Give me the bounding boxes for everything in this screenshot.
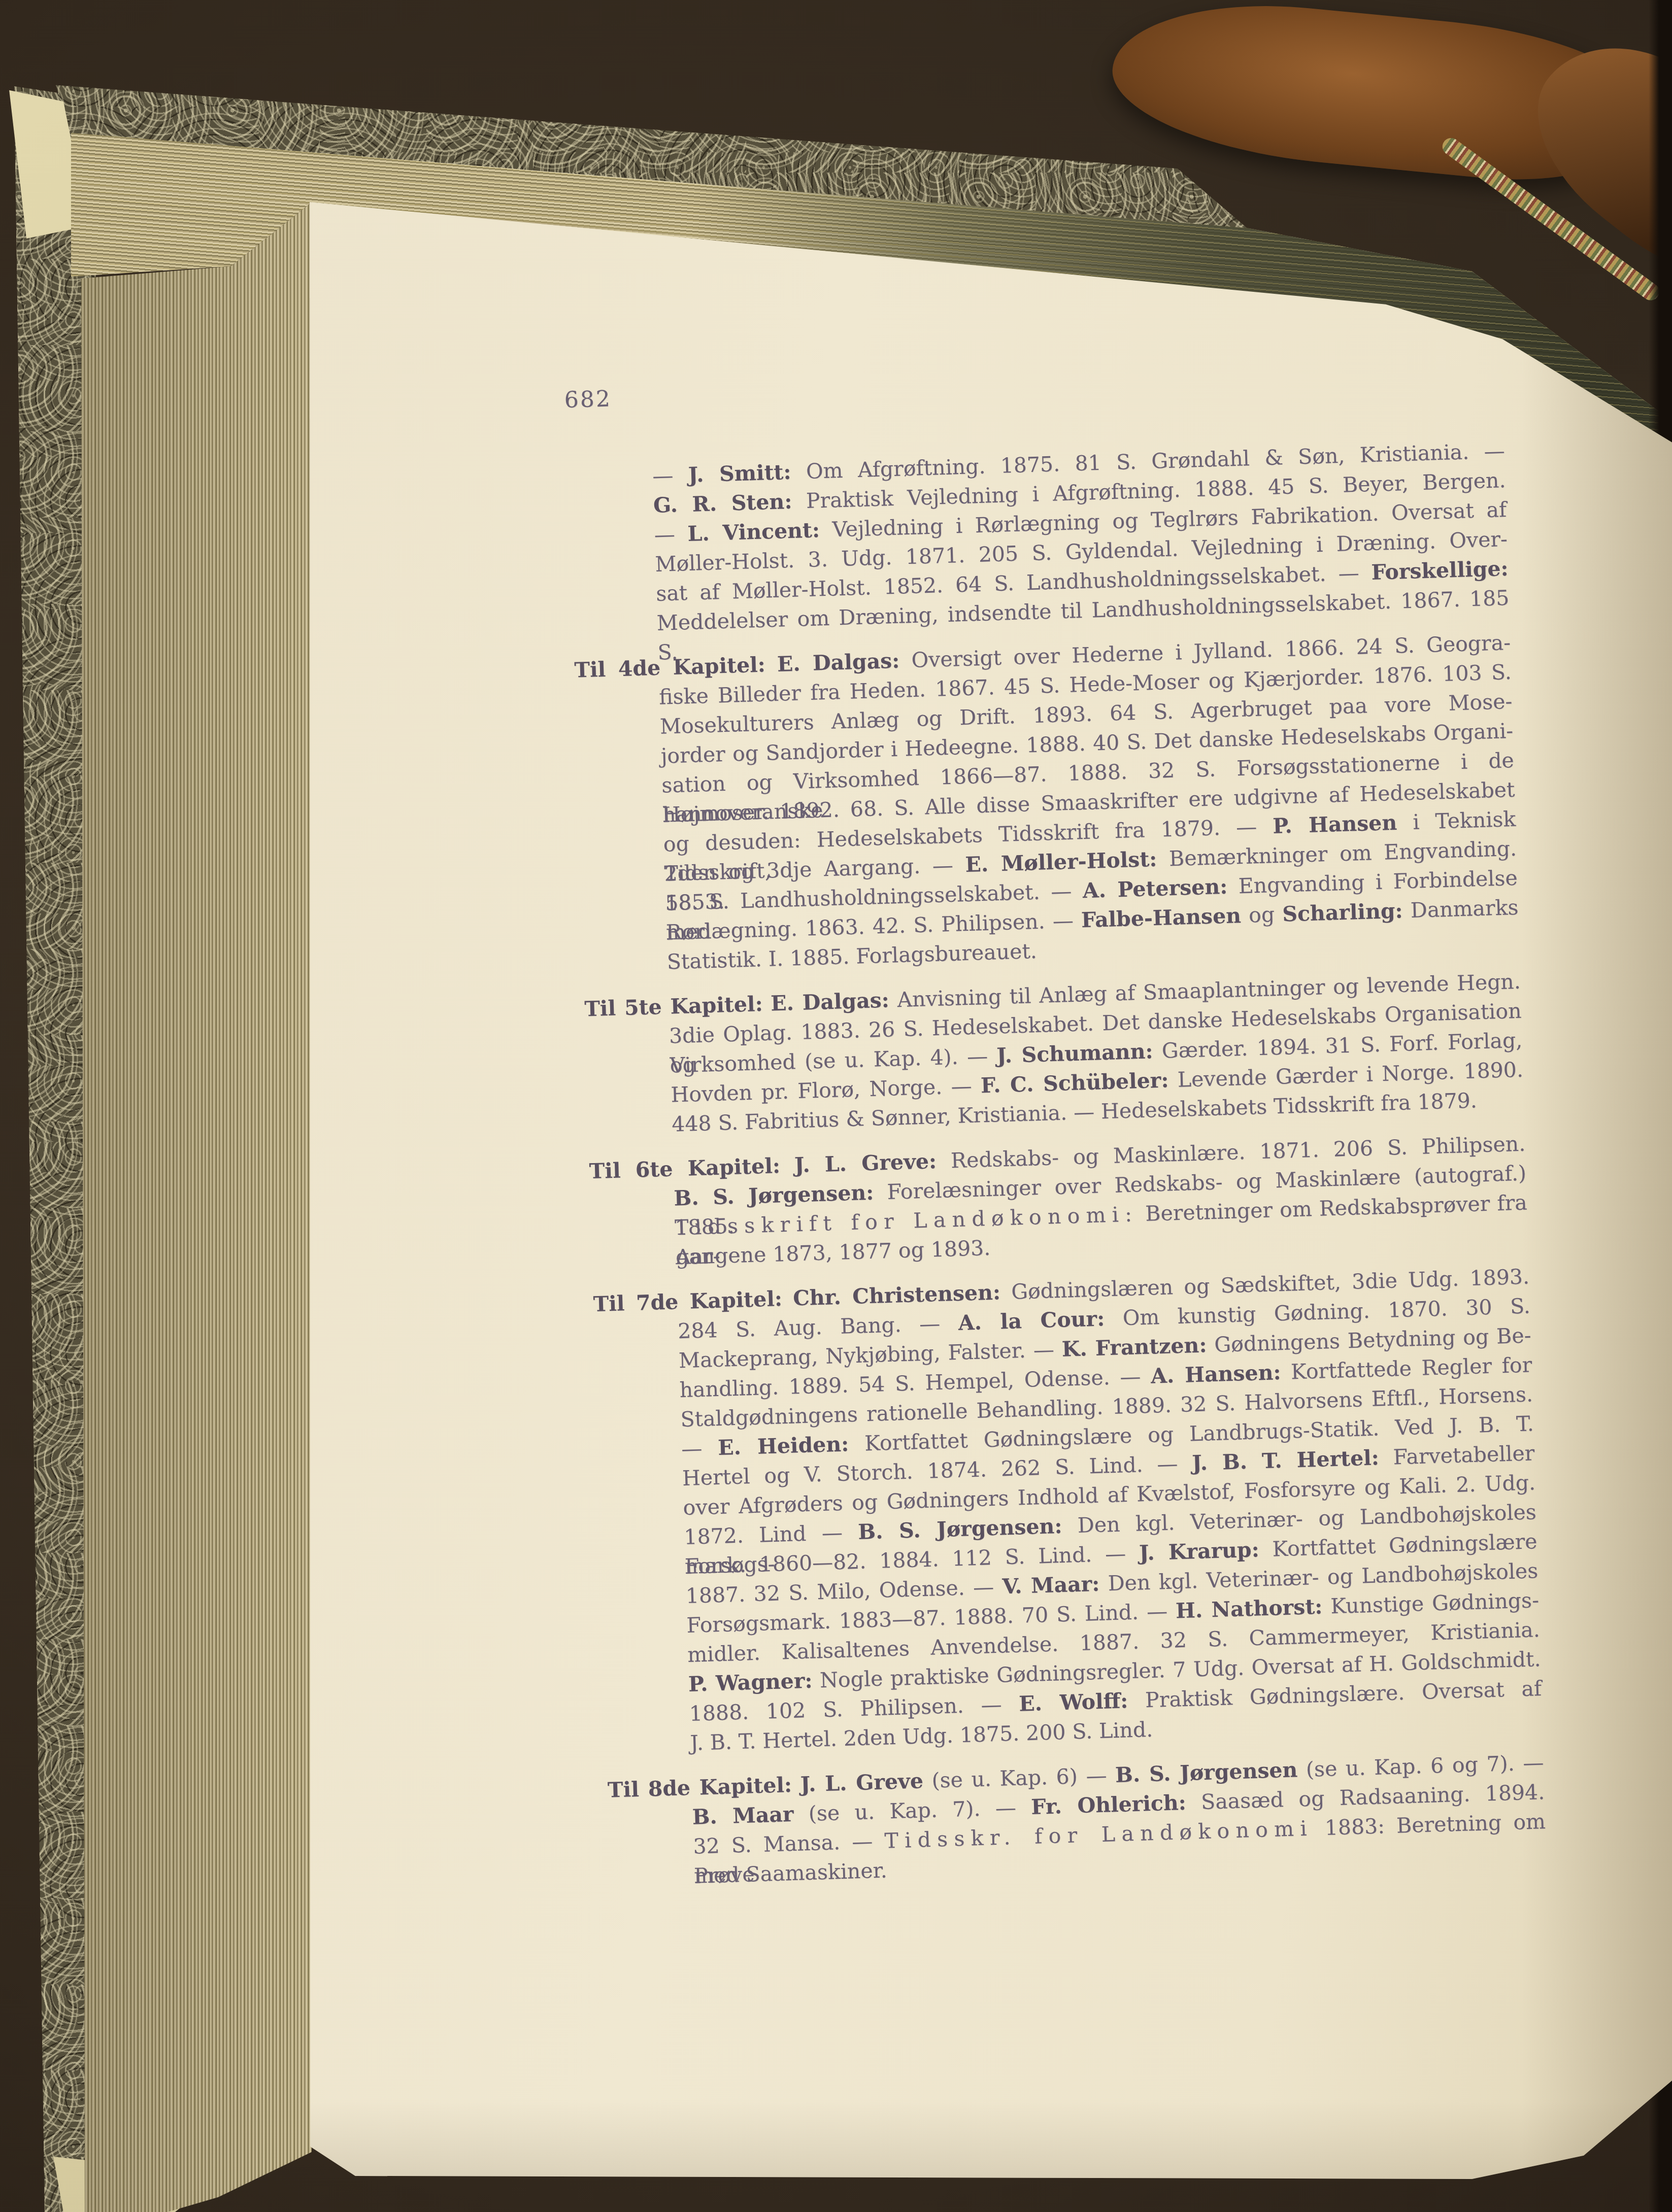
text-run: — (681, 1436, 718, 1461)
text-run: B. Maar (692, 1802, 794, 1829)
text-run: — (654, 522, 688, 547)
text-run: (se u. Kap. 6) — (923, 1763, 1116, 1793)
paragraph: — J. Smitt: Om Afgrøftning. 1875. 81 S. … (569, 436, 1510, 640)
text-run: E. Wolff: (1019, 1688, 1128, 1716)
paragraph: Til 4de Kapitel: E. Dalgas: Oversigt ove… (574, 628, 1520, 979)
text-run: E. Heiden: (718, 1432, 849, 1460)
text-run: F. C. Schübeler: (980, 1068, 1169, 1098)
text-run: E. Dalgas: (777, 649, 900, 676)
chapter-label: Til 7de Kapitel: (593, 1286, 783, 1316)
text-block: 682 — J. Smitt: Om Afgrøftning. 1875. 81… (566, 358, 1547, 1893)
text-run: J. L. Greve: (794, 1149, 937, 1177)
text-run: gangene 1873, 1877 og 1893. (675, 1236, 991, 1269)
text-run: E. Dalgas: (771, 988, 890, 1016)
text-run: J. B. T. Hertel: (1192, 1445, 1380, 1475)
text-run: K. Frantzen: (1061, 1333, 1207, 1361)
text-run: og (1241, 902, 1283, 928)
text-run: Forskellige: (1371, 556, 1509, 585)
text-run: 1872. Lind — (684, 1520, 858, 1549)
text-run: J. Smitt: (688, 460, 791, 487)
text-run: Danmarks (1402, 895, 1519, 923)
text-run: B. S. Jørgensen: (858, 1514, 1062, 1544)
text-run (765, 652, 778, 677)
text-run: Falbe-Hansen (1081, 903, 1241, 932)
text-run: E. Møller-Holst: (965, 847, 1157, 877)
bibliography-text: — J. Smitt: Om Afgrøftning. 1875. 81 S. … (569, 436, 1547, 1893)
text-run (780, 1153, 795, 1178)
text-run: Scharling: (1282, 899, 1403, 927)
chapter-label: Til 6te Kapitel: (589, 1153, 780, 1183)
text-run: Kunstige Gødnings- (1322, 1588, 1540, 1619)
text-run: H. Nathorst: (1175, 1594, 1323, 1623)
text-run: (se u. Kap. 6 og 7). — (1297, 1750, 1545, 1782)
text-run: P. Hansen (1273, 810, 1397, 838)
text-run: Kortfattede Regler for (1281, 1352, 1532, 1384)
text-run: (se u. Kap. 7). — (793, 1795, 1031, 1826)
text-run: L. Vincent: (687, 518, 820, 546)
text-run: med Saamaskiner. (694, 1858, 888, 1888)
text-run (791, 1773, 800, 1797)
chapter-label: Til 8de Kapitel: (607, 1773, 792, 1802)
text-run: Fr. Ohlerich: (1031, 1790, 1187, 1819)
text-run: J. L. Greve (800, 1768, 923, 1796)
text-run: J. Schumann: (996, 1039, 1153, 1068)
text-run: Farvetabeller (1379, 1441, 1535, 1470)
text-run: — (652, 463, 689, 488)
chapter-label: Til 5te Kapitel: (584, 992, 763, 1021)
text-run: A. Petersen: (1082, 874, 1228, 903)
text-run: Chr. Christensen: (793, 1280, 1001, 1310)
text-run: 32 S. Mansa. — (693, 1829, 885, 1859)
text-run: P. Wagner: (688, 1669, 813, 1696)
text-run: V. Maar: (1002, 1572, 1100, 1599)
text-run: A. la Cour: (958, 1306, 1105, 1335)
paragraph: Til 6te Kapitel: J. L. Greve: Redskabs- … (589, 1129, 1528, 1275)
text-run: B. S. Jørgensen (1115, 1757, 1297, 1787)
chapter-label: Til 4de Kapitel: (574, 653, 766, 683)
text-run: J. Krarup: (1139, 1538, 1259, 1566)
book-photo-scene: 682 — J. Smitt: Om Afgrøftning. 1875. 81… (0, 0, 1672, 2212)
text-run: B. S. Jørgensen: (674, 1180, 874, 1211)
text-run: G. R. Sten: (653, 489, 792, 518)
paragraph: Til 5te Kapitel: E. Dalgas: Anvisning ti… (584, 967, 1525, 1142)
text-run: A. Hansen: (1150, 1360, 1281, 1388)
text-run (762, 992, 771, 1016)
text-run (782, 1286, 793, 1311)
paragraph: Til 7de Kapitel: Chr. Christensen: Gødni… (593, 1262, 1543, 1760)
